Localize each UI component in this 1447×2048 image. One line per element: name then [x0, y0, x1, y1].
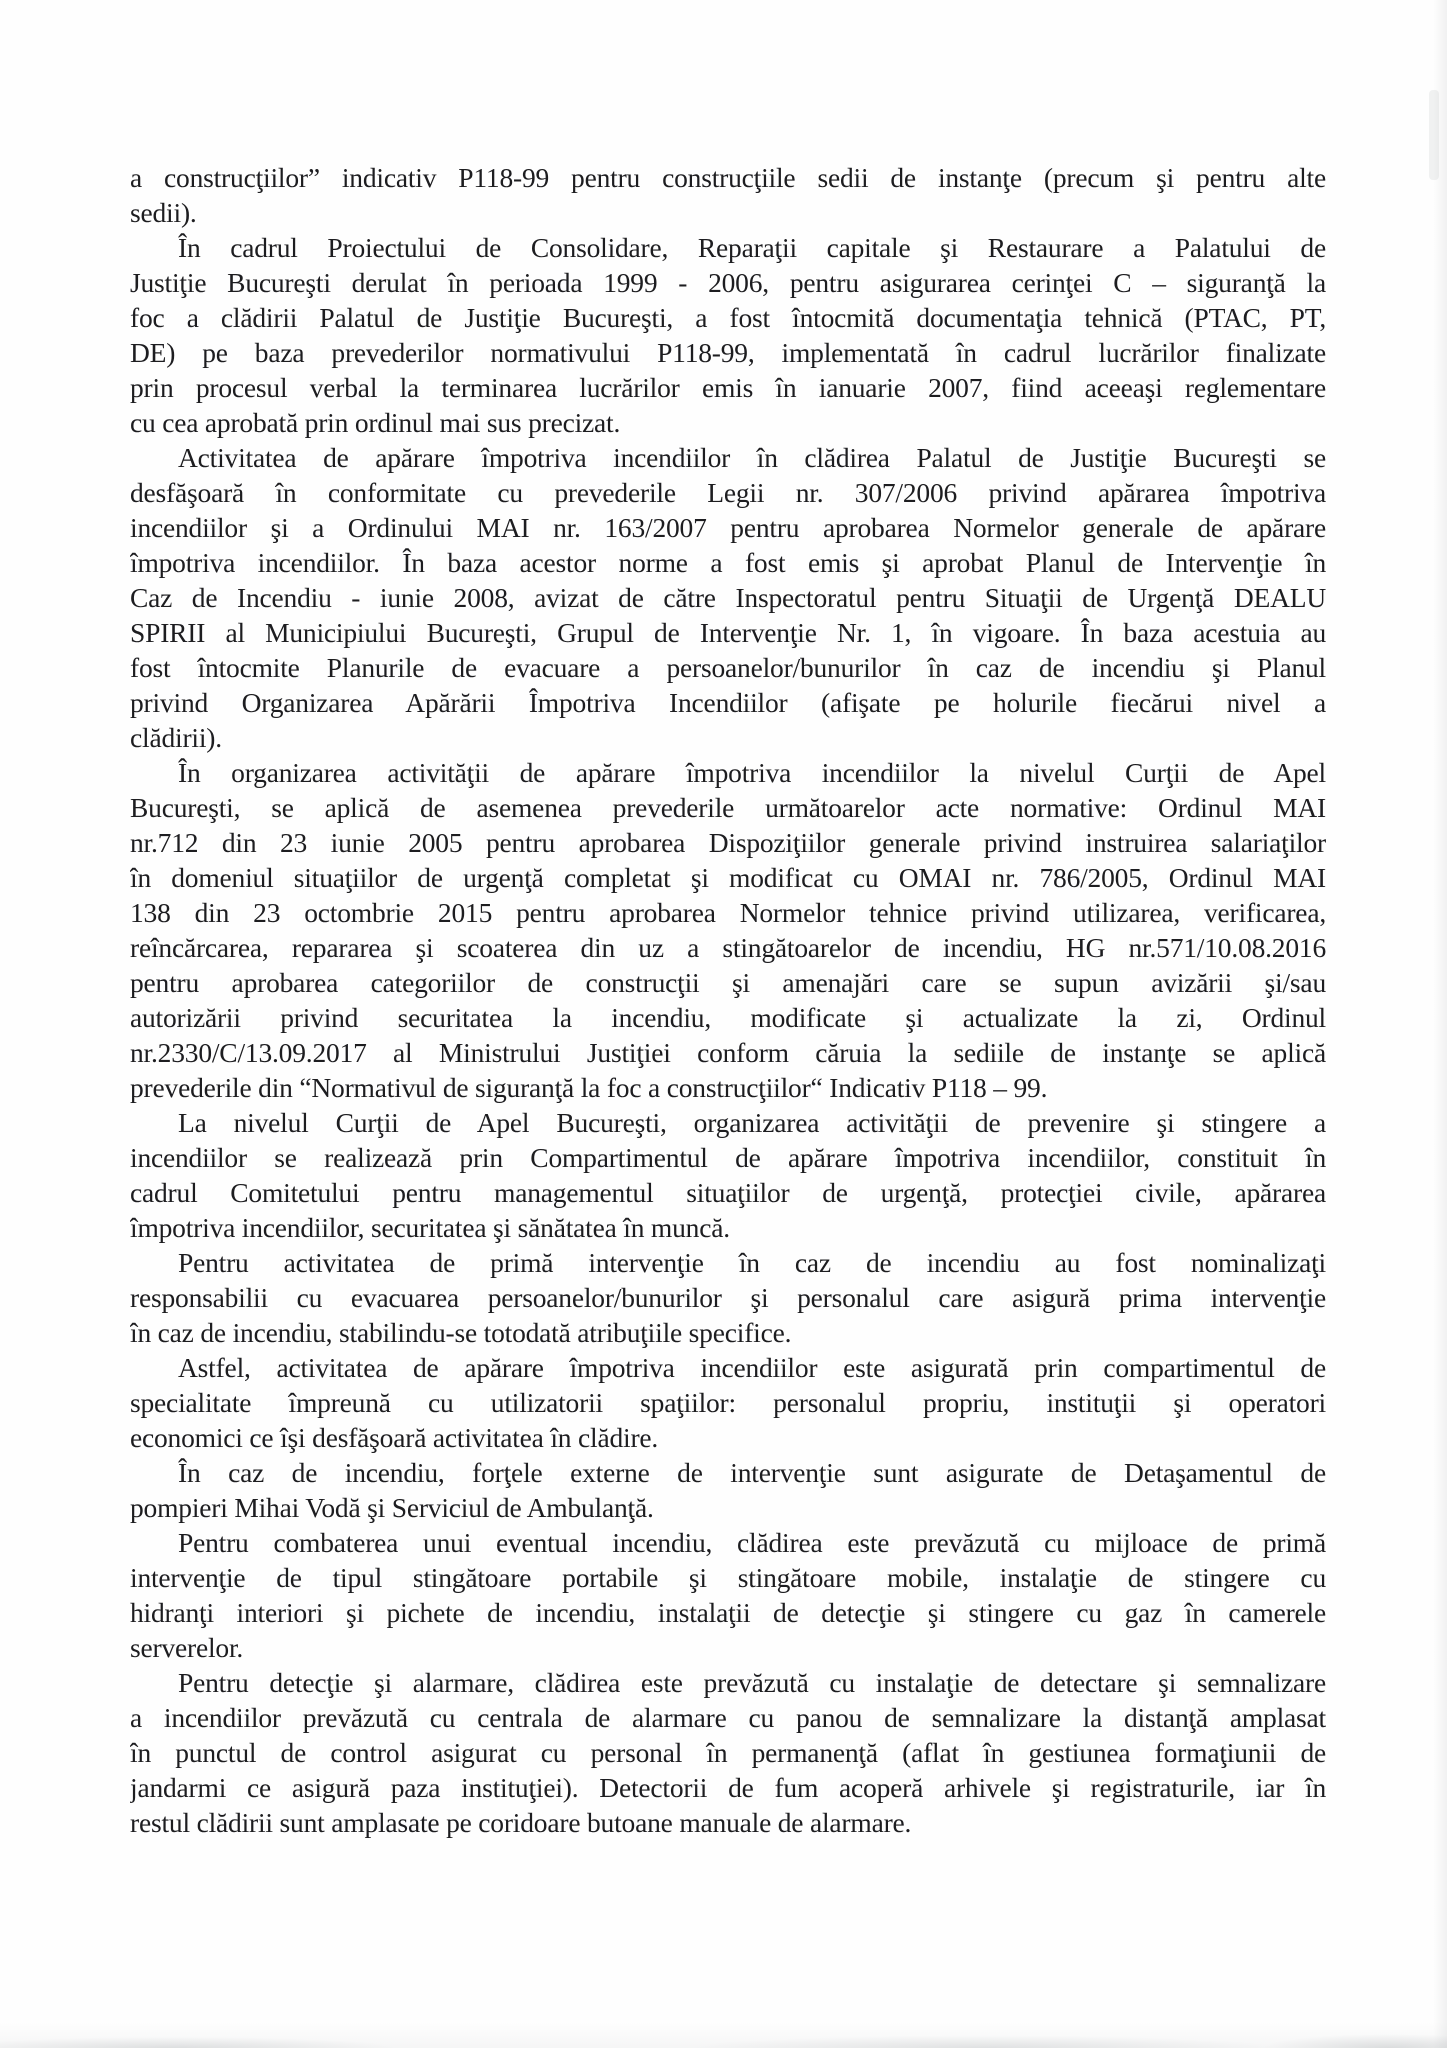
paragraph: La nivelul Curţii de Apel Bucureşti, org… [130, 1105, 1326, 1245]
text-line: nr.2330/C/13.09.2017 al Ministrului Just… [130, 1035, 1326, 1070]
text-line: foc a clădirii Palatul de Justiţie Bucur… [130, 300, 1326, 335]
text-line: jandarmi ce asigură paza instituţiei). D… [130, 1770, 1326, 1805]
text-line: DE) pe baza prevederilor normativului P1… [130, 335, 1326, 370]
text-line: pompieri Mihai Vodă şi Serviciul de Ambu… [130, 1490, 1326, 1525]
text-line: specialitate împreună cu utilizatorii sp… [130, 1385, 1326, 1420]
text-line: Pentru combaterea unui eventual incendiu… [130, 1525, 1326, 1560]
text-line: cadrul Comitetului pentru managementul s… [130, 1175, 1326, 1210]
text-line: Pentru activitatea de primă intervenţie … [130, 1245, 1326, 1280]
text-line: SPIRII al Municipiului Bucureşti, Grupul… [130, 615, 1326, 650]
text-line: nr.712 din 23 iunie 2005 pentru aprobare… [130, 825, 1326, 860]
text-line: autorizării privind securitatea la incen… [130, 1000, 1326, 1035]
text-line: economici ce îşi desfăşoară activitatea … [130, 1420, 1326, 1455]
text-line: În caz de incendiu, forţele externe de i… [130, 1455, 1326, 1490]
text-line: împotriva incendiilor, securitatea şi să… [130, 1210, 1326, 1245]
paragraph: În organizarea activităţii de apărare îm… [130, 755, 1326, 1105]
text-line: În cadrul Proiectului de Consolidare, Re… [130, 230, 1326, 265]
text-line: serverelor. [130, 1630, 1326, 1665]
text-line: în domeniul situaţiilor de urgenţă compl… [130, 860, 1326, 895]
text-line: fost întocmite Planurile de evacuare a p… [130, 650, 1326, 685]
text-line: prin procesul verbal la terminarea lucră… [130, 370, 1326, 405]
text-line: În organizarea activităţii de apărare îm… [130, 755, 1326, 790]
text-line: Caz de Incendiu - iunie 2008, avizat de … [130, 580, 1326, 615]
text-line: pentru aprobarea categoriilor de constru… [130, 965, 1326, 1000]
text-line: în caz de incendiu, stabilindu-se totoda… [130, 1315, 1326, 1350]
text-line: hidranţi interiori şi pichete de incendi… [130, 1595, 1326, 1630]
text-line: restul clădirii sunt amplasate pe corido… [130, 1805, 1326, 1840]
text-line: responsabilii cu evacuarea persoanelor/b… [130, 1280, 1326, 1315]
text-line: în punctul de control asigurat cu person… [130, 1735, 1326, 1770]
paragraph: Pentru detecţie şi alarmare, clădirea es… [130, 1665, 1326, 1840]
scan-artifact-right-edge [1433, 0, 1447, 2048]
paragraph: Pentru activitatea de primă intervenţie … [130, 1245, 1326, 1350]
paragraph: Activitatea de apărare împotriva incendi… [130, 440, 1326, 755]
text-line: La nivelul Curţii de Apel Bucureşti, org… [130, 1105, 1326, 1140]
text-line: prevederile din “Normativul de siguranţă… [130, 1070, 1326, 1105]
paragraph: Astfel, activitatea de apărare împotriva… [130, 1350, 1326, 1455]
text-line: a incendiilor prevăzută cu centrala de a… [130, 1700, 1326, 1735]
paragraph: Pentru combaterea unui eventual incendiu… [130, 1525, 1326, 1665]
text-line: Pentru detecţie şi alarmare, clădirea es… [130, 1665, 1326, 1700]
text-line: cu cea aprobată prin ordinul mai sus pre… [130, 405, 1326, 440]
text-line: împotriva incendiilor. În baza acestor n… [130, 545, 1326, 580]
text-line: Activitatea de apărare împotriva incendi… [130, 440, 1326, 475]
scan-artifact-bottom [0, 2022, 1447, 2048]
scanned-document-page: a construcţiilor” indicativ P118-99 pent… [0, 0, 1447, 2048]
text-line: 138 din 23 octombrie 2015 pentru aprobar… [130, 895, 1326, 930]
document-body: a construcţiilor” indicativ P118-99 pent… [130, 160, 1326, 1840]
paragraph: În cadrul Proiectului de Consolidare, Re… [130, 230, 1326, 440]
text-line: sedii). [130, 195, 1326, 230]
text-line: Justiţie Bucureşti derulat în perioada 1… [130, 265, 1326, 300]
text-line: incendiilor se realizează prin Compartim… [130, 1140, 1326, 1175]
text-line: Bucureşti, se aplică de asemenea prevede… [130, 790, 1326, 825]
paragraph: a construcţiilor” indicativ P118-99 pent… [130, 160, 1326, 230]
text-line: Astfel, activitatea de apărare împotriva… [130, 1350, 1326, 1385]
text-line: intervenţie de tipul stingătoare portabi… [130, 1560, 1326, 1595]
paragraph: În caz de incendiu, forţele externe de i… [130, 1455, 1326, 1525]
scan-artifact-right-top [1429, 90, 1439, 180]
text-line: incendiilor şi a Ordinului MAI nr. 163/2… [130, 510, 1326, 545]
text-line: a construcţiilor” indicativ P118-99 pent… [130, 160, 1326, 195]
text-line: reîncărcarea, repararea şi scoaterea din… [130, 930, 1326, 965]
text-line: privind Organizarea Apărării Împotriva I… [130, 685, 1326, 720]
text-line: clădirii). [130, 720, 1326, 755]
text-line: desfăşoară în conformitate cu prevederil… [130, 475, 1326, 510]
